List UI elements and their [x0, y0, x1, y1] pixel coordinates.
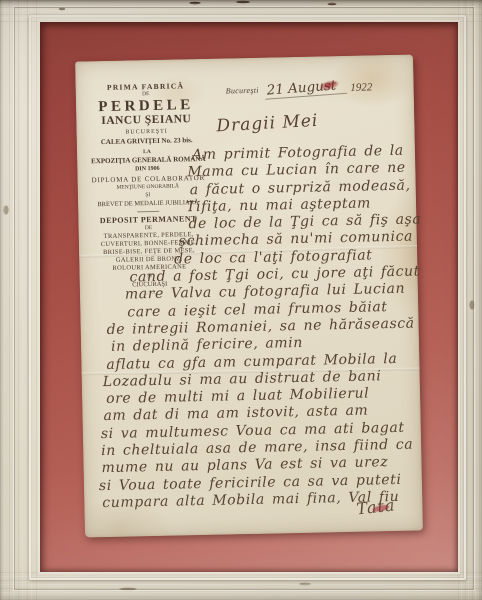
salutation: Dragii Mei	[216, 111, 319, 137]
letter-paper: PRIMA FABRICĂDEPERDELEIANCU ŞEIANUBUCURE…	[75, 55, 423, 538]
date-line: Bucureşti21 August1922	[225, 77, 372, 98]
year-label: 1922	[350, 81, 372, 93]
letterhead-line: IANCU ŞEIANU	[90, 113, 202, 128]
letterhead-line: CALEA GRIVIŢEI No. 23 bis.	[91, 136, 203, 147]
place-label: Bucureşti	[226, 86, 259, 96]
letter-body: Am primit Fotografia de laMama cu Lucian…	[77, 142, 423, 512]
frame-grain-right	[458, 0, 482, 600]
mat: PRIMA FABRICĂDEPERDELEIANCU ŞEIANUBUCURE…	[40, 22, 458, 572]
frame-grain-left	[0, 0, 40, 600]
frame-grain-top	[0, 0, 482, 22]
picture-frame: PRIMA FABRICĂDEPERDELEIANCU ŞEIANUBUCURE…	[0, 0, 482, 600]
frame-grain-bottom	[0, 572, 482, 600]
